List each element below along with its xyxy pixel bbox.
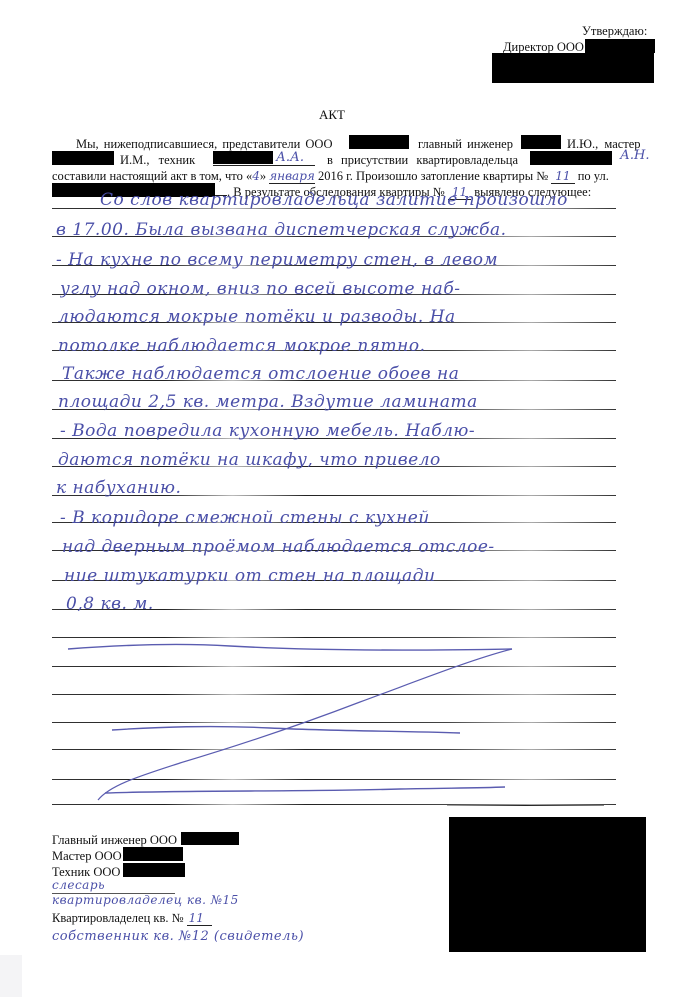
intro-line2-b: в присутствии квартировладельца [327,153,518,167]
date-month: января [269,169,315,184]
ruled-line [52,722,616,723]
redaction-sig-chief [181,832,239,845]
intro-text-3b: » [260,169,266,183]
handwritten-line: Также наблюдается отслоение обоев на [62,364,459,384]
redaction-sig-master [123,847,183,861]
scan-edge [0,955,22,997]
intro-line1-a: Мы, нижеподписавшиеся, представители ООО [76,137,332,151]
redaction-owner [530,151,612,165]
ruled-line [52,694,616,695]
handwritten-line: в 17.00. Была вызвана диспетчерская служ… [56,220,507,240]
intro-text-3a: составили настоящий акт в том, что « [52,169,252,183]
flooded-flat-number: 11 [551,169,574,184]
document-title: АКТ [319,108,345,122]
redaction-company [349,135,409,149]
owner-flat-number: 11 [187,911,212,926]
handwritten-line: потолке наблюдается мокрое пятно. [58,336,425,356]
technician-underline [213,165,315,166]
redaction-chief-engineer [521,135,561,149]
approve-label: Утверждаю: [582,24,647,38]
handwritten-line: - В коридоре смежной стены с кухней [60,508,430,528]
handwritten-line: даются потёки на шкафу, что привело [58,450,441,470]
owner-initials: А.Н. [620,148,649,163]
signature-owner: Квартировладелец кв. № 11 [52,911,212,926]
hw-locksmith: слесарь [52,878,105,892]
owner-label: Квартировладелец кв. № [52,911,184,925]
intro-line3-a: составили настоящий акт в том, что «4» я… [52,169,609,184]
handwritten-line: - На кухне по всему периметру стен, в ле… [56,250,498,270]
ruled-line [52,779,616,780]
ruled-line [52,637,616,638]
stamp-top-rule [447,805,604,806]
ruled-line [52,666,616,667]
redaction-stamp-signatures [449,817,646,952]
hw-owner-12-witness: собственник кв. №12 (свидетель) [52,929,304,944]
redaction-sig-technician [123,863,185,877]
signature-master: Мастер ООО [52,849,122,863]
handwritten-line: к набуханию. [56,478,181,498]
intro-text-3c: 2016 г. Произошло затопление квартиры № [318,169,548,183]
redaction-master [52,151,114,165]
handwritten-line: площади 2,5 кв. метра. Вздутие ламината [58,392,478,412]
handwritten-line: Со слов квартировладельца залитие произо… [100,190,568,210]
hw-owner-15: квартировладелец кв. №15 [52,893,239,907]
technician-initials: А.А. [276,150,304,165]
redaction-technician [213,151,273,164]
director-label: Директор ООО [503,40,584,54]
handwritten-line: углу над окном, вниз по всей высоте наб- [60,279,460,299]
date-day: 4 [252,169,260,183]
handwritten-line: ние штукатурки от стен на площади [64,566,436,586]
handwritten-line: над дверным проёмом наблюдается отслое- [62,537,495,557]
handwritten-line: людаются мокрые потёки и разводы. На [58,307,456,327]
signature-technician: Техник ООО [52,865,120,879]
intro-text-3d: по ул. [578,169,609,183]
handwritten-line: 0,8 кв. м. [66,594,154,614]
intro-line2-a: И.М., техник [120,153,195,167]
intro-line1-b: главный инженер [418,137,513,151]
signature-chief-engineer: Главный инженер ООО [52,833,177,847]
redaction-director-company [585,39,655,53]
ruled-line [52,749,616,750]
handwritten-line: - Вода повредила кухонную мебель. Наблю- [60,421,475,441]
redaction-director-name [492,53,654,83]
